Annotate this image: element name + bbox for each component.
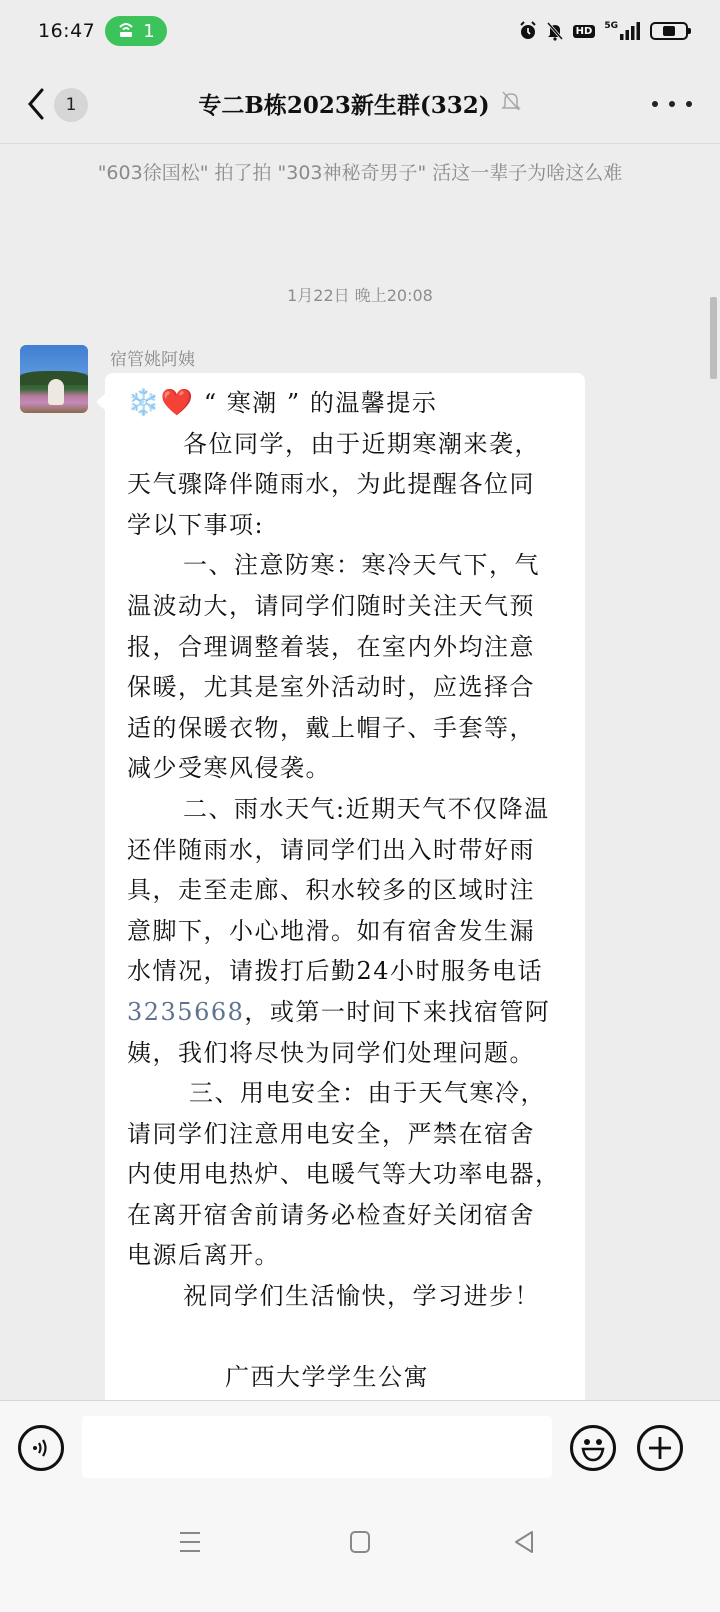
message-signature: 广西大学学生公寓 [127, 1357, 571, 1398]
message-line: 意脚下，小心地滑。如有宿舍发生漏 [127, 911, 571, 952]
hd-icon: HD [573, 25, 596, 38]
muted-bell-icon [500, 89, 522, 117]
message-line: 在离开宿舍前请务必检查好关闭宿舍 [127, 1195, 571, 1236]
home-button[interactable] [330, 1516, 390, 1568]
message-line: 电源后离开。 [127, 1235, 571, 1276]
plus-button[interactable] [637, 1425, 683, 1471]
message-line: 减少受寒风侵袭。 [127, 748, 571, 789]
message-line: 具，走至走廊、积水较多的区域时注 [127, 870, 571, 911]
home-icon [350, 1531, 370, 1553]
message-line: 保暖，尤其是室外活动时，应选择合 [127, 667, 571, 708]
voice-icon [29, 1436, 53, 1460]
alarm-icon [519, 21, 537, 41]
recent-apps-button[interactable] [160, 1516, 220, 1568]
status-bar: 16:47 1 HD 5G [0, 0, 720, 62]
message-line: 温波动大，请同学们随时关注天气预 [127, 586, 571, 627]
input-bar [0, 1400, 720, 1496]
system-nav-bar [0, 1496, 720, 1612]
emoji-button[interactable] [570, 1425, 616, 1471]
hotspot-badge[interactable]: 1 [105, 16, 166, 46]
mute-bell-icon [546, 21, 564, 41]
message-title: ❄️❤️ “ 寒潮 ” 的温馨提示 [127, 383, 571, 424]
hotspot-count: 1 [143, 21, 154, 42]
message-line: 一、注意防寒：寒冷天气下，气 [127, 545, 571, 586]
message-line: 三、用电安全：由于天气寒冷， [127, 1073, 571, 1114]
more-dots-icon [652, 101, 658, 107]
message-line: 适的保暖衣物，戴上帽子、手套等， [127, 708, 571, 749]
system-message: "603徐国松" 拍了拍 "303神秘奇男子" 活这一辈子为啥这么难 [40, 157, 680, 189]
heart-icon: ❤️ [161, 388, 195, 418]
message-line: 3235668，或第一时间下来找宿管阿 [127, 992, 571, 1033]
back-triangle-icon [513, 1530, 535, 1554]
phone-number-link[interactable]: 3235668 [127, 998, 244, 1026]
message-line: 内使用电热炉、电暖气等大功率电器， [127, 1154, 571, 1195]
message-line: 学以下事项: [127, 505, 571, 546]
plus-icon [647, 1435, 673, 1461]
back-button[interactable] [22, 84, 52, 124]
message-input[interactable] [82, 1416, 552, 1478]
chat-area[interactable]: "603徐国松" 拍了拍 "303神秘奇男子" 活这一辈子为啥这么难 1月22日… [0, 145, 720, 1435]
message-line: 请同学们注意用电安全，严禁在宿舍 [127, 1114, 571, 1155]
message-line: 祝同学们生活愉快，学习进步！ [127, 1276, 571, 1317]
message-timestamp: 1月22日 晚上20:08 [0, 283, 720, 306]
message-line: 天气骤降伴随雨水，为此提醒各位同 [127, 464, 571, 505]
message-line: 还伴随雨水，请同学们出入时带好雨 [127, 830, 571, 871]
message-line: 各位同学，由于近期寒潮来袭， [127, 424, 571, 465]
sender-avatar[interactable] [20, 345, 88, 413]
more-options-button[interactable] [652, 90, 692, 118]
menu-icon [179, 1530, 201, 1554]
back-nav-button[interactable] [494, 1516, 554, 1568]
message-line: 姨，我们将尽快为同学们处理问题。 [127, 1033, 571, 1074]
message-line: 报，合理调整着装，在室内外均注意 [127, 627, 571, 668]
chevron-left-icon [22, 84, 52, 124]
message-line: 二、雨水天气:近期天气不仅降温 [127, 789, 571, 830]
chat-header: 1 专二B栋2023新生群(332) [0, 62, 720, 144]
snowflake-icon: ❄️ [127, 388, 161, 418]
sender-name: 宿管姚阿姨 [110, 345, 195, 370]
hotspot-icon [117, 20, 135, 43]
unread-count-badge[interactable]: 1 [54, 88, 88, 122]
scrollbar[interactable] [710, 297, 717, 379]
message-line: 水情况，请拨打后勤24小时服务电话 [127, 951, 571, 992]
chat-title: 专二B栋2023新生群(332) [198, 87, 489, 120]
emoji-icon [573, 1428, 613, 1468]
5g-signal-icon: 5G [604, 22, 641, 40]
voice-button[interactable] [18, 1425, 64, 1471]
clock: 16:47 [38, 20, 95, 42]
message-bubble[interactable]: ❄️❤️ “ 寒潮 ” 的温馨提示 各位同学，由于近期寒潮来袭， 天气骤降伴随雨… [105, 373, 585, 1435]
battery-icon [650, 22, 688, 40]
